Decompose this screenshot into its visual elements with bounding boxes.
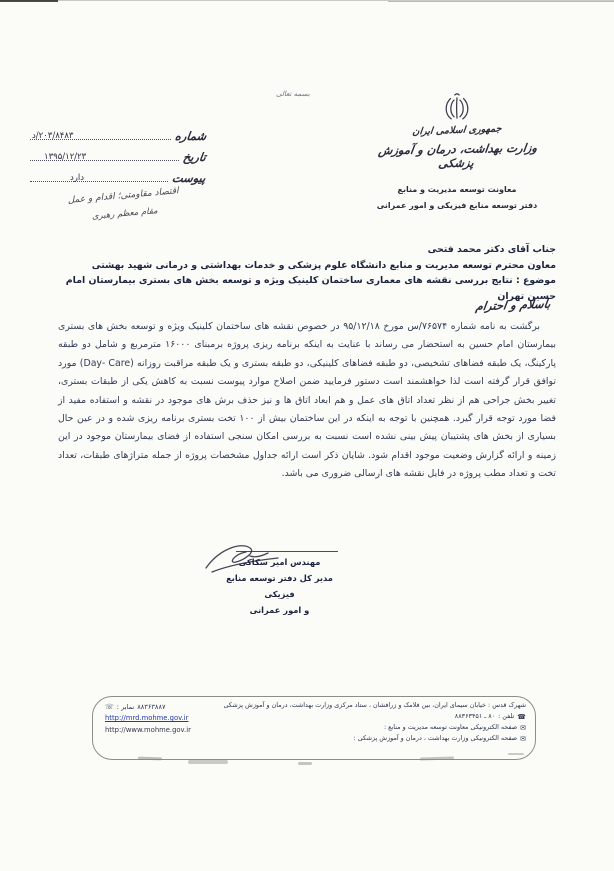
address-text: شهرک قدس : خیابان سیمای ایران، بین فلامک… — [223, 701, 526, 710]
fax-icon: ☏ — [105, 703, 114, 711]
deputy-webpage-url[interactable]: http://mrd.mohme.gov.ir — [105, 714, 255, 722]
attachment-label: پیوست — [171, 171, 207, 185]
scan-edge-faint-mark — [388, 1, 614, 2]
phone-icon: ☎ — [517, 713, 526, 721]
scan-smudge — [508, 753, 524, 755]
date-dotted-line: ۱۳۹۵/۱۲/۲۳ — [30, 147, 179, 161]
footer-contact-box: شهرک قدس : خیابان سیمای ایران، بین فلامک… — [92, 696, 536, 760]
signatory-title-line2: و امور عمرانی — [212, 602, 347, 618]
letter-number-row: شماره ۲۰۳/۸۴۸۳/د — [28, 122, 206, 143]
iran-emblem-icon — [372, 92, 542, 124]
salutation-text: باسلام و احترام — [474, 297, 551, 314]
email-icon: ✉ — [520, 735, 526, 743]
recipient-name: جناب آقای دکتر محمد فتحی — [56, 242, 556, 258]
signatory-title-line1: مدیر کل دفتر توسعه منابع فیزیکی — [212, 570, 347, 602]
republic-title: جمهوری اسلامی ایران — [371, 122, 543, 139]
signatory-identity: مهندس امیر سکاکی مدیر کل دفتر توسعه مناب… — [212, 554, 347, 618]
handwritten-year-slogan: اقتصاد مقاومتی؛ اقدام و عمل مقام معظم ره… — [35, 183, 213, 226]
phone-label: تلفن : — [498, 712, 514, 721]
phone-line: ☎ تلفن : ۸۰ ـ ۸۸۳۶۳۴۵۱ — [221, 712, 526, 721]
ministry-title: وزارت بهداشت، درمان و آموزش پزشکی — [370, 141, 544, 172]
attachment-dotted-line: دارد — [30, 168, 168, 182]
letterhead: جمهوری اسلامی ایران وزارت بهداشت، درمان … — [372, 92, 542, 210]
fax-value: ۸۸۳۶۳۸۸۷ — [137, 703, 165, 711]
deputy-webpage-label: صفحه الکترونیکی معاونت توسعه مدیریت و من… — [384, 723, 517, 732]
scan-smudge — [298, 762, 312, 765]
letter-date-row: تاریخ ۱۳۹۵/۱۲/۲۳ — [28, 143, 206, 164]
attachment-value: دارد — [70, 173, 84, 183]
recipient-title: معاون محترم توسعه مدیریت و منابع دانشگاه… — [56, 258, 556, 274]
address-line: شهرک قدس : خیابان سیمای ایران، بین فلامک… — [221, 701, 526, 710]
recipient-block: جناب آقای دکتر محمد فتحی معاون محترم توس… — [56, 242, 556, 304]
date-label: تاریخ — [182, 150, 207, 164]
letter-meta-fields: شماره ۲۰۳/۸۴۸۳/د تاریخ ۱۳۹۵/۱۲/۲۳ پیوست … — [28, 122, 206, 185]
deputy-webpage-line: ✉ صفحه الکترونیکی معاونت توسعه مدیریت و … — [221, 723, 526, 732]
ministry-webpage-label: صفحه الکترونیکی وزارت بهداشت ، درمان و آ… — [354, 734, 518, 743]
number-label: شماره — [174, 129, 207, 143]
signatory-name: مهندس امیر سکاکی — [212, 554, 347, 570]
ministry-webpage-url[interactable]: http://www.mohme.gov.ir — [105, 726, 255, 734]
date-value: ۱۳۹۵/۱۲/۲۳ — [44, 152, 86, 162]
scan-edge-dark-mark — [0, 0, 58, 2]
letter-body-paragraph: برگشت به نامه شماره ۷۶۵۷۴/س مورخ ۹۵/۱۲/۱… — [58, 318, 556, 484]
office-line: دفتر توسعه منابع فیزیکی و امور عمرانی — [372, 201, 542, 210]
ministry-webpage-line: ✉ صفحه الکترونیکی وزارت بهداشت ، درمان و… — [221, 734, 526, 743]
signature-rule-line — [236, 551, 338, 552]
footer-left-column: ☏ نمابر : ۸۸۳۶۳۸۸۷ http://mrd.mohme.gov.… — [105, 703, 255, 738]
email-icon: ✉ — [520, 724, 526, 732]
signature-block: مهندس امیر سکاکی مدیر کل دفتر توسعه مناب… — [212, 536, 347, 606]
number-value: ۲۰۳/۸۴۸۳/د — [32, 131, 73, 141]
fax-label: نمابر : — [117, 703, 134, 711]
scan-smudge — [188, 760, 228, 764]
footer-right-column: شهرک قدس : خیابان سیمای ایران، بین فلامک… — [221, 701, 526, 745]
number-dotted-line: ۲۰۳/۸۴۸۳/د — [30, 126, 171, 140]
deputy-line: معاونت توسعه مدیریت و منابع — [372, 185, 542, 194]
fax-line: ☏ نمابر : ۸۸۳۶۳۸۸۷ — [105, 703, 255, 711]
scanned-letter-page: بسمه تعالی جمهوری اسلامی ایران وزارت بهد… — [0, 0, 614, 871]
letter-attachment-row: پیوست دارد — [28, 164, 206, 185]
phone-value: ۸۰ ـ ۸۸۳۶۳۴۵۱ — [455, 712, 495, 721]
bismillah-text: بسمه تعالی — [276, 90, 310, 98]
